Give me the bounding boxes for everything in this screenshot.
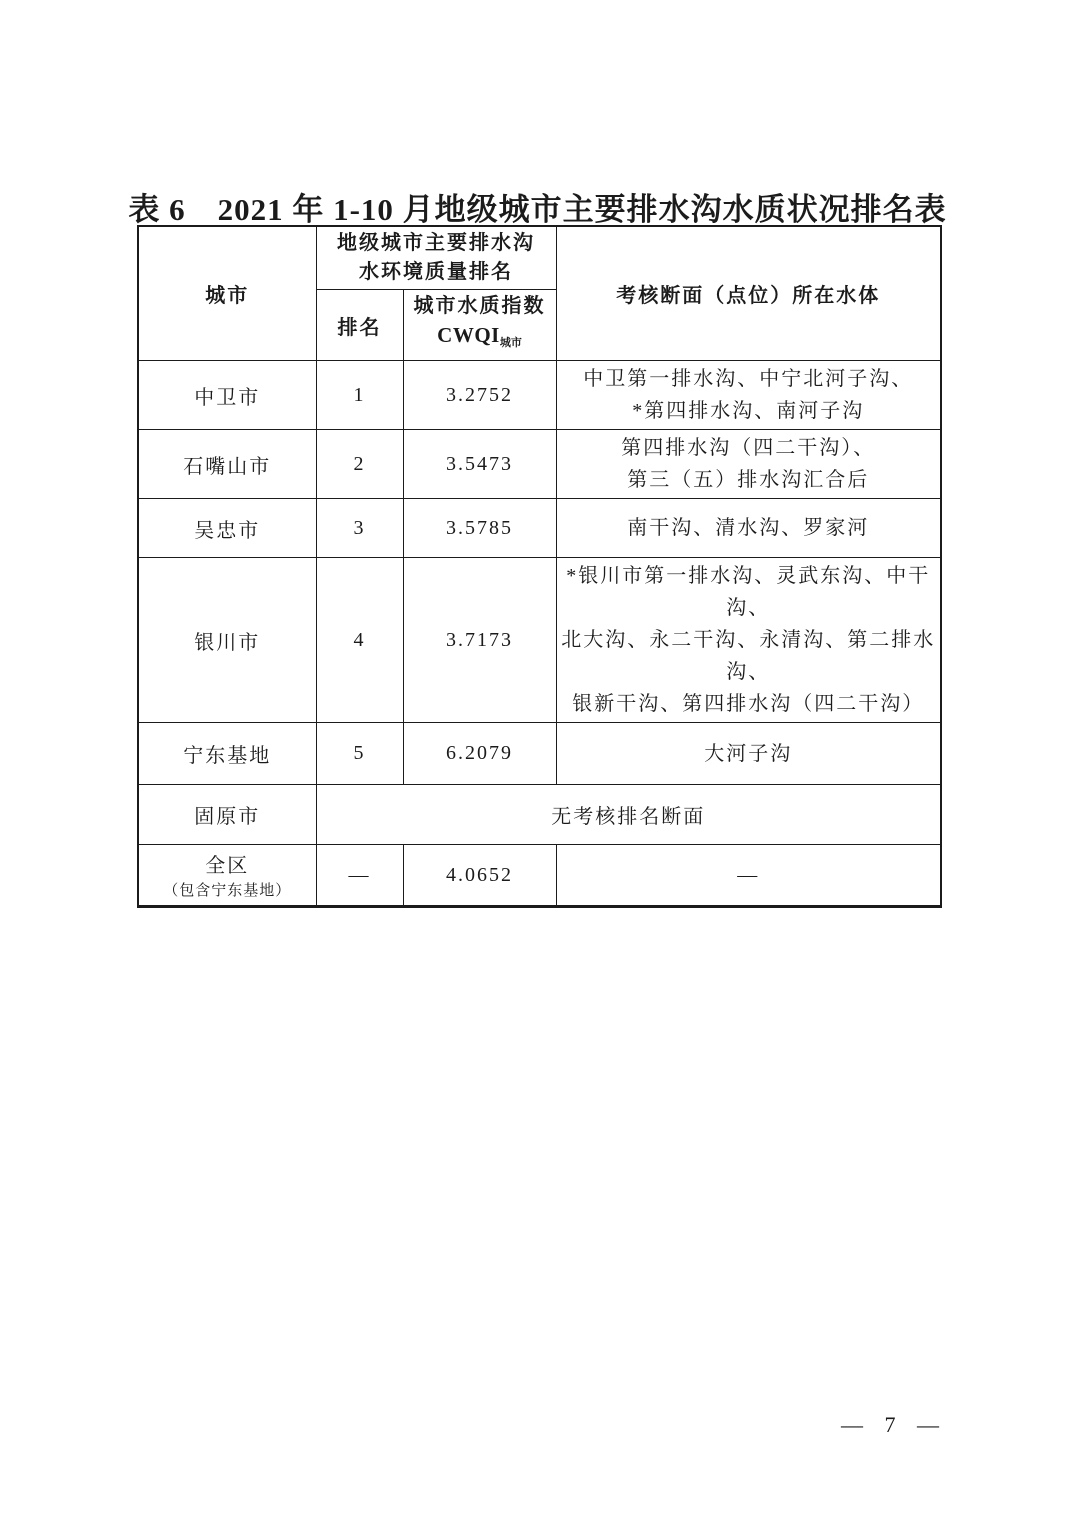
rank-cell: 3 bbox=[316, 499, 403, 558]
water-body-line: 大河子沟 bbox=[561, 738, 937, 770]
table-row: 银川市43.7173*银川市第一排水沟、灵武东沟、中干沟、北大沟、永二干沟、永清… bbox=[138, 558, 941, 723]
header-rank: 排名 bbox=[316, 290, 403, 361]
water-body-line: — bbox=[561, 859, 937, 891]
rank-cell: 4 bbox=[316, 558, 403, 723]
cwqi-symbol: CWQI bbox=[437, 323, 500, 347]
cwqi-value-cell: 3.7173 bbox=[403, 558, 556, 723]
table-row: 宁东基地56.2079大河子沟 bbox=[138, 723, 941, 785]
cwqi-value-cell: 3.5473 bbox=[403, 430, 556, 499]
table-row: 石嘴山市23.5473第四排水沟（四二干沟）、第三（五）排水沟汇合后 bbox=[138, 430, 941, 499]
city-cell: 全区（包含宁东基地） bbox=[138, 845, 316, 907]
city-cell: 吴忠市 bbox=[138, 499, 316, 558]
water-body-cell: 第四排水沟（四二干沟）、第三（五）排水沟汇合后 bbox=[556, 430, 941, 499]
header-group-line2: 水环境质量排名 bbox=[321, 258, 552, 287]
city-name-note: （包含宁东基地） bbox=[163, 883, 291, 899]
table-body: 中卫市13.2752中卫第一排水沟、中宁北河子沟、*第四排水沟、南河子沟石嘴山市… bbox=[138, 361, 941, 907]
water-body-cell: 大河子沟 bbox=[556, 723, 941, 785]
cwqi-value-cell: 6.2079 bbox=[403, 723, 556, 785]
table-row: 固原市无考核排名断面 bbox=[138, 785, 941, 845]
water-body-cell: — bbox=[556, 845, 941, 907]
water-body-line: *第四排水沟、南河子沟 bbox=[561, 395, 937, 427]
water-body-cell: 中卫第一排水沟、中宁北河子沟、*第四排水沟、南河子沟 bbox=[556, 361, 941, 430]
table-row: 吴忠市33.5785南干沟、清水沟、罗家河 bbox=[138, 499, 941, 558]
water-body-cell: *银川市第一排水沟、灵武东沟、中干沟、北大沟、永二干沟、永清沟、第二排水沟、银新… bbox=[556, 558, 941, 723]
water-body-line: *银川市第一排水沟、灵武东沟、中干沟、 bbox=[561, 560, 937, 624]
no-assessment-note-cell: 无考核排名断面 bbox=[316, 785, 941, 845]
header-cwqi: 城市水质指数 CWQI城市 bbox=[403, 290, 556, 361]
water-body-line: 南干沟、清水沟、罗家河 bbox=[561, 512, 937, 544]
header-city: 城市 bbox=[138, 226, 316, 361]
table-header: 城市 地级城市主要排水沟 水环境质量排名 考核断面（点位）所在水体 排名 城市水… bbox=[138, 226, 941, 361]
header-cwqi-formula: CWQI城市 bbox=[408, 321, 552, 358]
header-group-line1: 地级城市主要排水沟 bbox=[321, 229, 552, 258]
header-cwqi-label: 城市水质指数 bbox=[408, 292, 552, 321]
water-body-line: 中卫第一排水沟、中宁北河子沟、 bbox=[561, 363, 937, 395]
table-row: 全区（包含宁东基地）—4.0652— bbox=[138, 845, 941, 907]
water-body-line: 北大沟、永二干沟、永清沟、第二排水沟、 bbox=[561, 624, 937, 688]
city-cell: 银川市 bbox=[138, 558, 316, 723]
rank-cell: 1 bbox=[316, 361, 403, 430]
cwqi-value-cell: 3.5785 bbox=[403, 499, 556, 558]
city-name: 全区 bbox=[205, 855, 249, 877]
water-body-cell: 南干沟、清水沟、罗家河 bbox=[556, 499, 941, 558]
water-body-line: 第三（五）排水沟汇合后 bbox=[561, 464, 937, 496]
header-ranking-group: 地级城市主要排水沟 水环境质量排名 bbox=[316, 226, 556, 290]
city-cell: 宁东基地 bbox=[138, 723, 316, 785]
rank-cell: 2 bbox=[316, 430, 403, 499]
page-title: 表 6 2021 年 1-10 月地级城市主要排水沟水质状况排名表 bbox=[0, 184, 1075, 229]
rank-cell: — bbox=[316, 845, 403, 907]
city-cell: 石嘴山市 bbox=[138, 430, 316, 499]
cwqi-value-cell: 4.0652 bbox=[403, 845, 556, 907]
header-row-top: 城市 地级城市主要排水沟 水环境质量排名 考核断面（点位）所在水体 bbox=[138, 226, 941, 290]
water-body-line: 第四排水沟（四二干沟）、 bbox=[561, 432, 937, 464]
cwqi-value-cell: 3.2752 bbox=[403, 361, 556, 430]
city-cell: 固原市 bbox=[138, 785, 316, 845]
rank-cell: 5 bbox=[316, 723, 403, 785]
cwqi-subscript: 城市 bbox=[500, 337, 522, 349]
water-body-line: 银新干沟、第四排水沟（四二干沟） bbox=[561, 688, 937, 720]
header-water-body: 考核断面（点位）所在水体 bbox=[556, 226, 941, 361]
water-quality-ranking-table: 城市 地级城市主要排水沟 水环境质量排名 考核断面（点位）所在水体 排名 城市水… bbox=[137, 225, 942, 908]
table-row: 中卫市13.2752中卫第一排水沟、中宁北河子沟、*第四排水沟、南河子沟 bbox=[138, 361, 941, 430]
city-cell: 中卫市 bbox=[138, 361, 316, 430]
page-number: — 7 — bbox=[841, 1412, 940, 1438]
